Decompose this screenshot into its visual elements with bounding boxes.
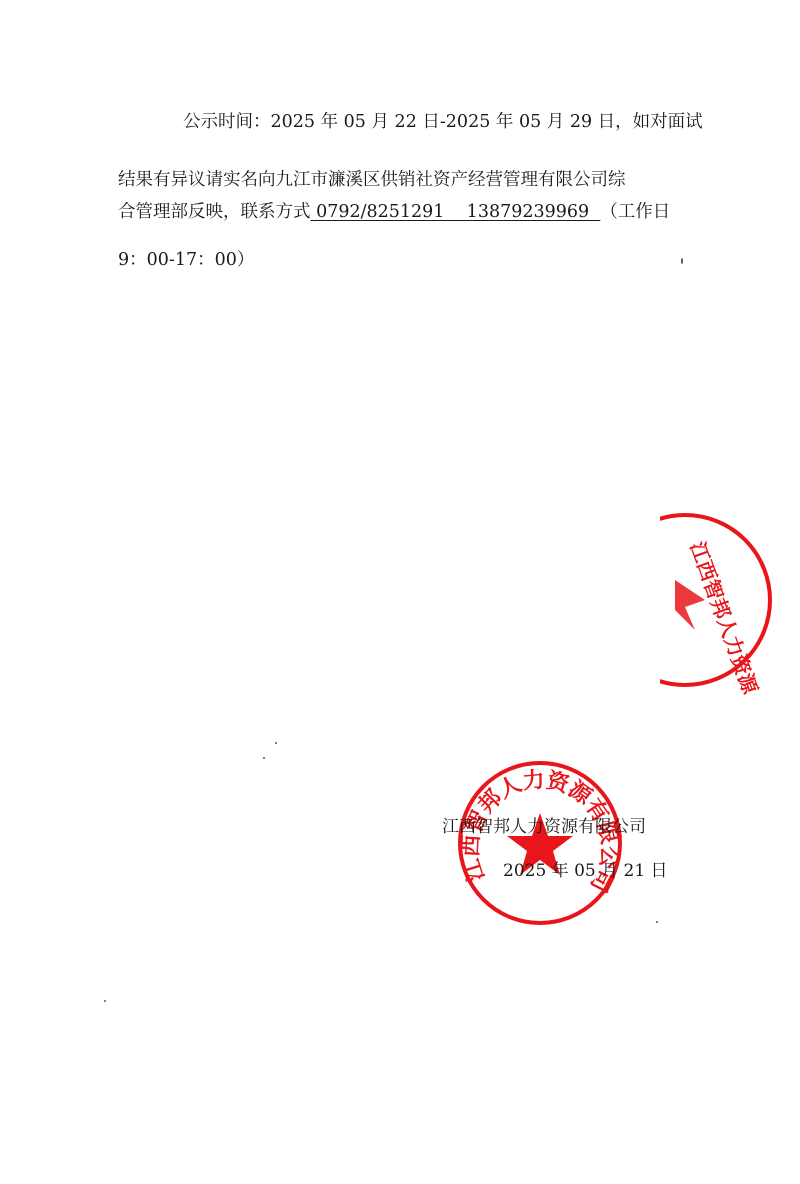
contact-label: 合管理部反映，联系方式 — [118, 202, 311, 222]
notice-line-3: 合管理部反映，联系方式 0792/8251291 13879239969 （工作… — [118, 198, 670, 223]
scan-speck — [263, 757, 265, 759]
scan-speck — [275, 742, 277, 744]
work-hours-label: （工作日 — [600, 202, 670, 222]
scan-speck — [681, 258, 683, 264]
scan-speck — [104, 1000, 106, 1002]
scan-speck — [656, 921, 658, 923]
signature-date: 2025 年 05 月 21 日 — [503, 856, 668, 881]
signature-company: 江西智邦人力资源有限公司 — [442, 812, 646, 837]
svg-text:江西智邦人力资源: 江西智邦人力资源 — [685, 539, 763, 695]
contact-numbers: 0792/8251291 13879239969 — [311, 202, 601, 222]
notice-line-1: 公示时间：2025 年 05 月 22 日-2025 年 05 月 29 日，如… — [183, 108, 703, 133]
notice-line-4: 9：00-17：00） — [118, 246, 254, 271]
notice-line-2: 结果有异议请实名向九江市濂溪区供销社资产经营管理有限公司综 — [118, 166, 626, 191]
partial-seal-stamp: 江西智邦人力资源 — [660, 505, 800, 695]
company-seal-stamp: 江西智邦人力资源有限公司 — [455, 758, 625, 928]
